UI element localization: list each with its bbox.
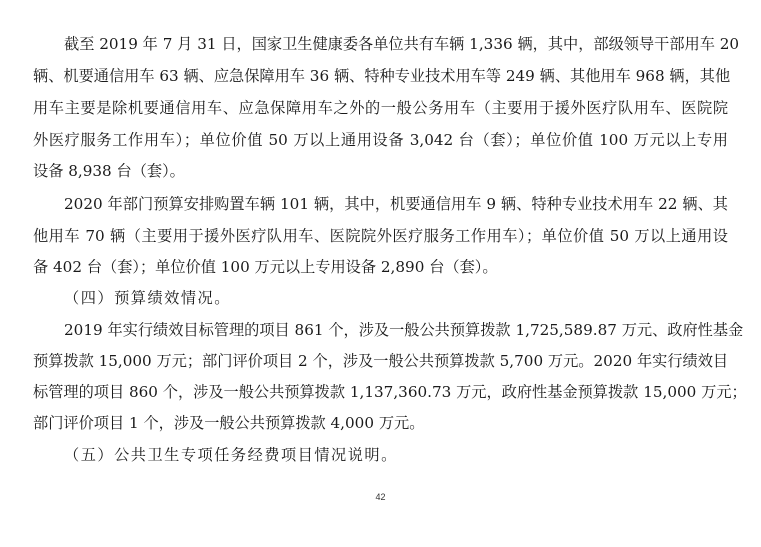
section-heading-budget-performance: （四）预算绩效情况。 [64,283,728,314]
text-line: 2019 年实行绩效目标管理的项目 861 个，涉及一般公共预算拨款 1,725… [64,315,728,346]
page-number: 42 [0,492,761,502]
document-page: 截至 2019 年 7 月 31 日，国家卫生健康委各单位共有车辆 1,336 … [0,0,761,547]
text-line: 预算拨款 15,000 万元；部门评价项目 2 个，涉及一般公共预算拨款 5,7… [33,346,728,377]
text-line: 外医疗服务工作用车）；单位价值 50 万以上通用设备 3,042 台（套）；单位… [33,125,728,156]
text-line: 截至 2019 年 7 月 31 日，国家卫生健康委各单位共有车辆 1,336 … [64,29,728,60]
text-line: 用车主要是除机要通信用车、应急保障用车之外的一般公务用车（主要用于援外医疗队用车… [33,93,728,124]
text-line: 备 402 台（套）；单位价值 100 万元以上专用设备 2,890 台（套）。 [33,252,728,283]
text-line: 他用车 70 辆（主要用于援外医疗队用车、医院院外医疗服务工作用车）；单位价值 … [33,221,728,252]
text-line: 辆、机要通信用车 63 辆、应急保障用车 36 辆、特种专业技术用车等 249 … [33,61,728,92]
text-line: 设备 8,938 台（套）。 [33,156,728,187]
text-line: 标管理的项目 860 个，涉及一般公共预算拨款 1,137,360.73 万元，… [33,377,728,408]
text-line: 2020 年部门预算安排购置车辆 101 辆，其中，机要通信用车 9 辆、特种专… [64,189,728,220]
section-heading-public-health-projects: （五）公共卫生专项任务经费项目情况说明。 [64,440,728,471]
text-line: 部门评价项目 1 个，涉及一般公共预算拨款 4,000 万元。 [33,408,728,439]
